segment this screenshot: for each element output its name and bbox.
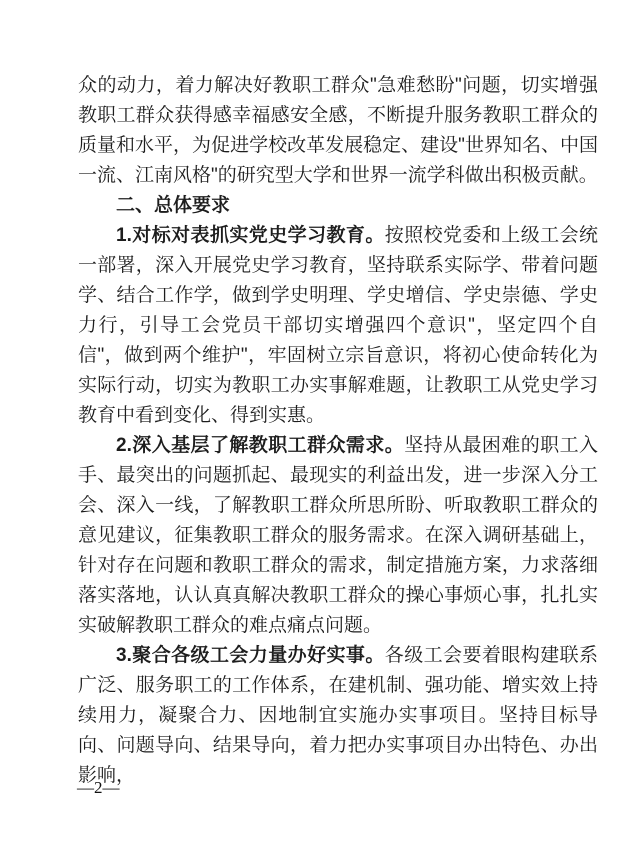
page-number: —2— [77, 777, 120, 799]
paragraph-lead: 2.深入基层了解教职工群众需求。 [116, 435, 404, 456]
paragraph-text: 按照校党委和上级工会统一部署，深入开展党史学习教育，坚持联系实际学、带着问题学、… [78, 225, 598, 426]
paragraph-item-2: 2.深入基层了解教职工群众需求。坚持从最困难的职工入手、最突出的问题抓起、最现实… [78, 431, 598, 641]
section-heading-text: 二、总体要求 [116, 195, 230, 216]
paragraph-lead: 1.对标对表抓实党史学习教育。 [116, 225, 385, 246]
document-page: 众的动力，着力解决好教职工群众"急难愁盼"问题，切实增强教职工群众获得感幸福感安… [0, 0, 617, 843]
paragraph-item-3: 3.聚合各级工会力量办好实事。各级工会要着眼构建联系广泛、服务职工的工作体系，在… [78, 641, 598, 791]
paragraph-item-1: 1.对标对表抓实党史学习教育。按照校党委和上级工会统一部署，深入开展党史学习教育… [78, 221, 598, 431]
document-content: 众的动力，着力解决好教职工群众"急难愁盼"问题，切实增强教职工群众获得感幸福感安… [78, 71, 598, 791]
paragraph-continuation: 众的动力，着力解决好教职工群众"急难愁盼"问题，切实增强教职工群众获得感幸福感安… [78, 71, 598, 191]
paragraph-lead: 3.聚合各级工会力量办好实事。 [116, 645, 385, 666]
paragraph-text: 各级工会要着眼构建联系广泛、服务职工的工作体系，在建机制、强功能、增实效上持续用… [78, 645, 598, 786]
paragraph-text: 坚持从最困难的职工入手、最突出的问题抓起、最现实的利益出发，进一步深入分工会、深… [78, 435, 598, 636]
paragraph-text: 众的动力，着力解决好教职工群众"急难愁盼"问题，切实增强教职工群众获得感幸福感安… [78, 75, 598, 186]
section-heading: 二、总体要求 [78, 191, 598, 221]
